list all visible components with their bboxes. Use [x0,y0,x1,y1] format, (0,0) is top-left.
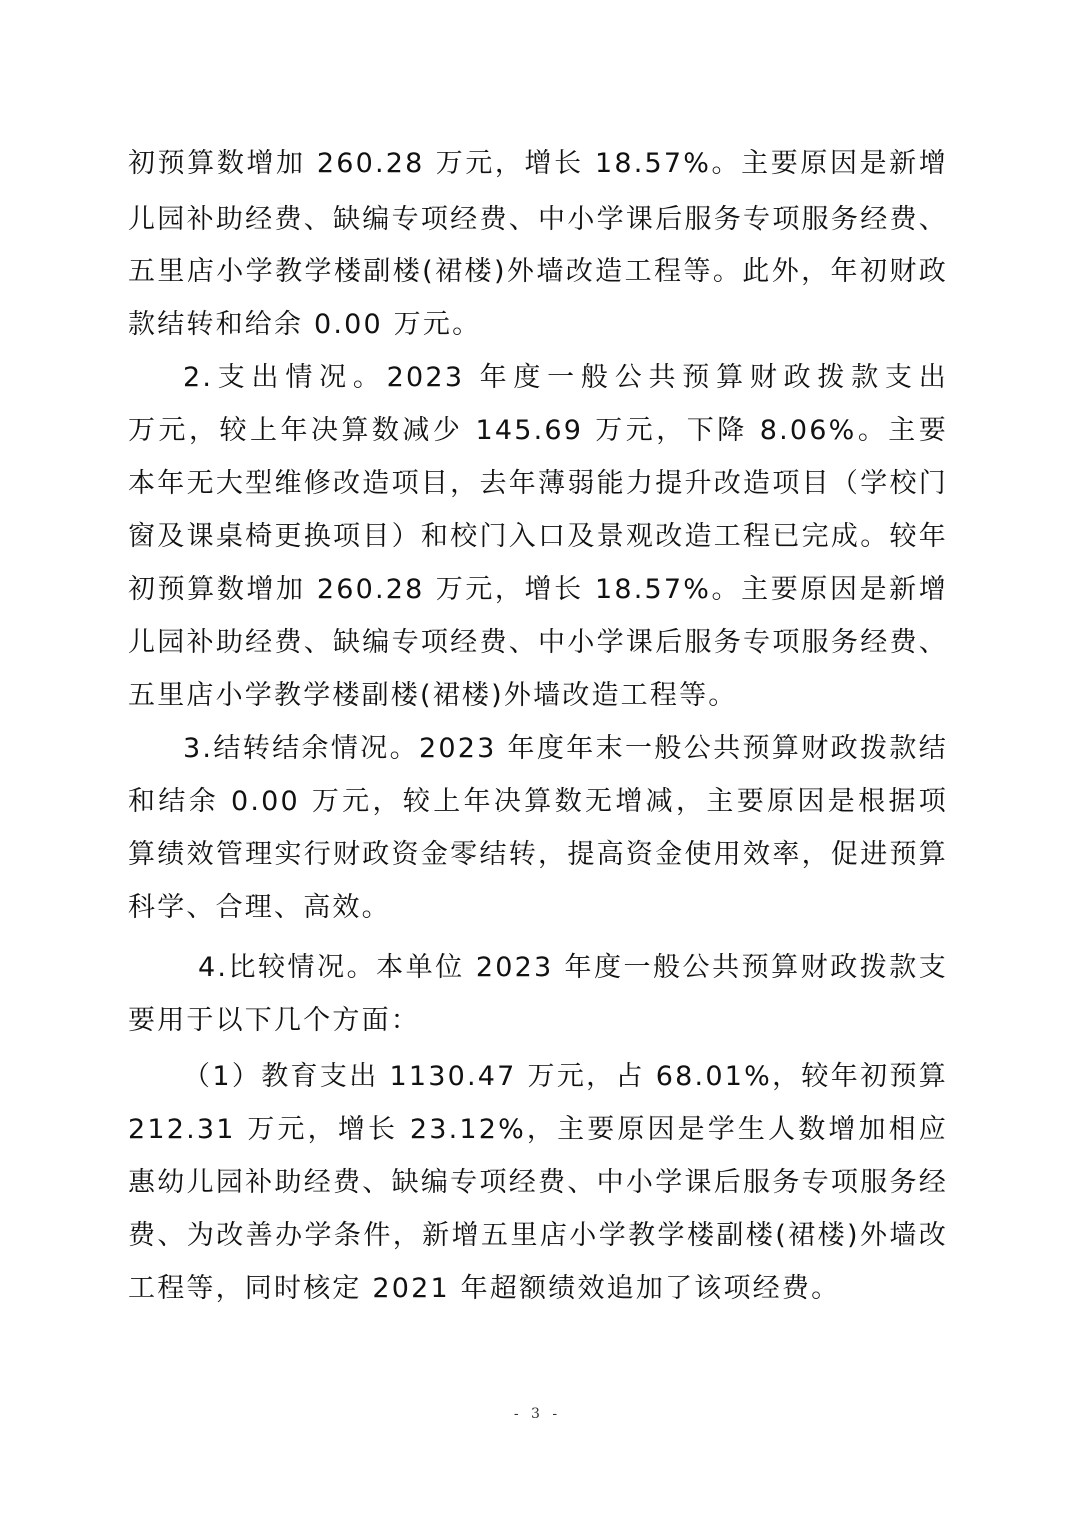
paragraph-line: 科学、合理、高效。 [128,890,948,926]
paragraph-line: 五里店小学教学楼副楼(裙楼)外墙改造工程等。 [128,678,948,714]
paragraph-line: 初预算数增加 260.28 万元，增长 18.57%。主要原因是新增普惠幼 [128,146,948,182]
paragraph-line: 万元，较上年决算数减少 145.69 万元，下降 8.06%。主要原因是 [128,413,948,449]
paragraph-line: 费、为改善办学条件，新增五里店小学教学楼副楼(裙楼)外墙改造 [128,1218,948,1254]
paragraph-line: 儿园补助经费、缺编专项经费、中小学课后服务专项服务经费、 [128,625,948,661]
paragraph-line: 工程等，同时核定 2021 年超额绩效追加了该项经费。 [128,1271,948,1307]
document-page: 初预算数增加 260.28 万元，增长 18.57%。主要原因是新增普惠幼 儿园… [0,0,1075,1520]
paragraph-line: 要用于以下几个方面： [128,1003,948,1039]
paragraph-line: 惠幼儿园补助经费、缺编专项经费、中小学课后服务专项服务经 [128,1165,948,1201]
page-number: - 3 - [0,1406,1075,1422]
section-3-first-line: 3.结转结余情况。2023 年度年末一般公共预算财政拨款结转 [183,731,948,767]
paragraph-line: 款结转和给余 0.00 万元。 [128,307,948,343]
item-1-first-line: （1）教育支出 1130.47 万元，占 68.01%，较年初预算数增加 [183,1059,948,1095]
paragraph-line: 五里店小学教学楼副楼(裙楼)外墙改造工程等。此外，年初财政拨 [128,254,948,290]
paragraph-line: 和结余 0.00 万元，较上年决算数无增减，主要原因是根据项目预 [128,784,948,820]
paragraph-line: 初预算数增加 260.28 万元，增长 18.57%。主要原因是新增普惠幼 [128,572,948,608]
paragraph-line: 本年无大型维修改造项目，去年薄弱能力提升改造项目（学校门 [128,466,948,502]
paragraph-line: 窗及课桌椅更换项目）和校门入口及景观改造工程已完成。较年 [128,519,948,555]
paragraph-line: 算绩效管理实行财政资金零结转，提高资金使用效率，促进预算 [128,837,948,873]
section-4-first-line: 4.比较情况。本单位 2023 年度一般公共预算财政拨款支出主 [198,950,948,986]
paragraph-line: 儿园补助经费、缺编专项经费、中小学课后服务专项服务经费、 [128,202,948,238]
paragraph-line: 212.31 万元，增长 23.12%，主要原因是学生人数增加相应新增普 [128,1112,948,1148]
section-2-first-line: 2.支出情况。2023 年度一般公共预算财政拨款支出 1662.23 [183,360,948,396]
